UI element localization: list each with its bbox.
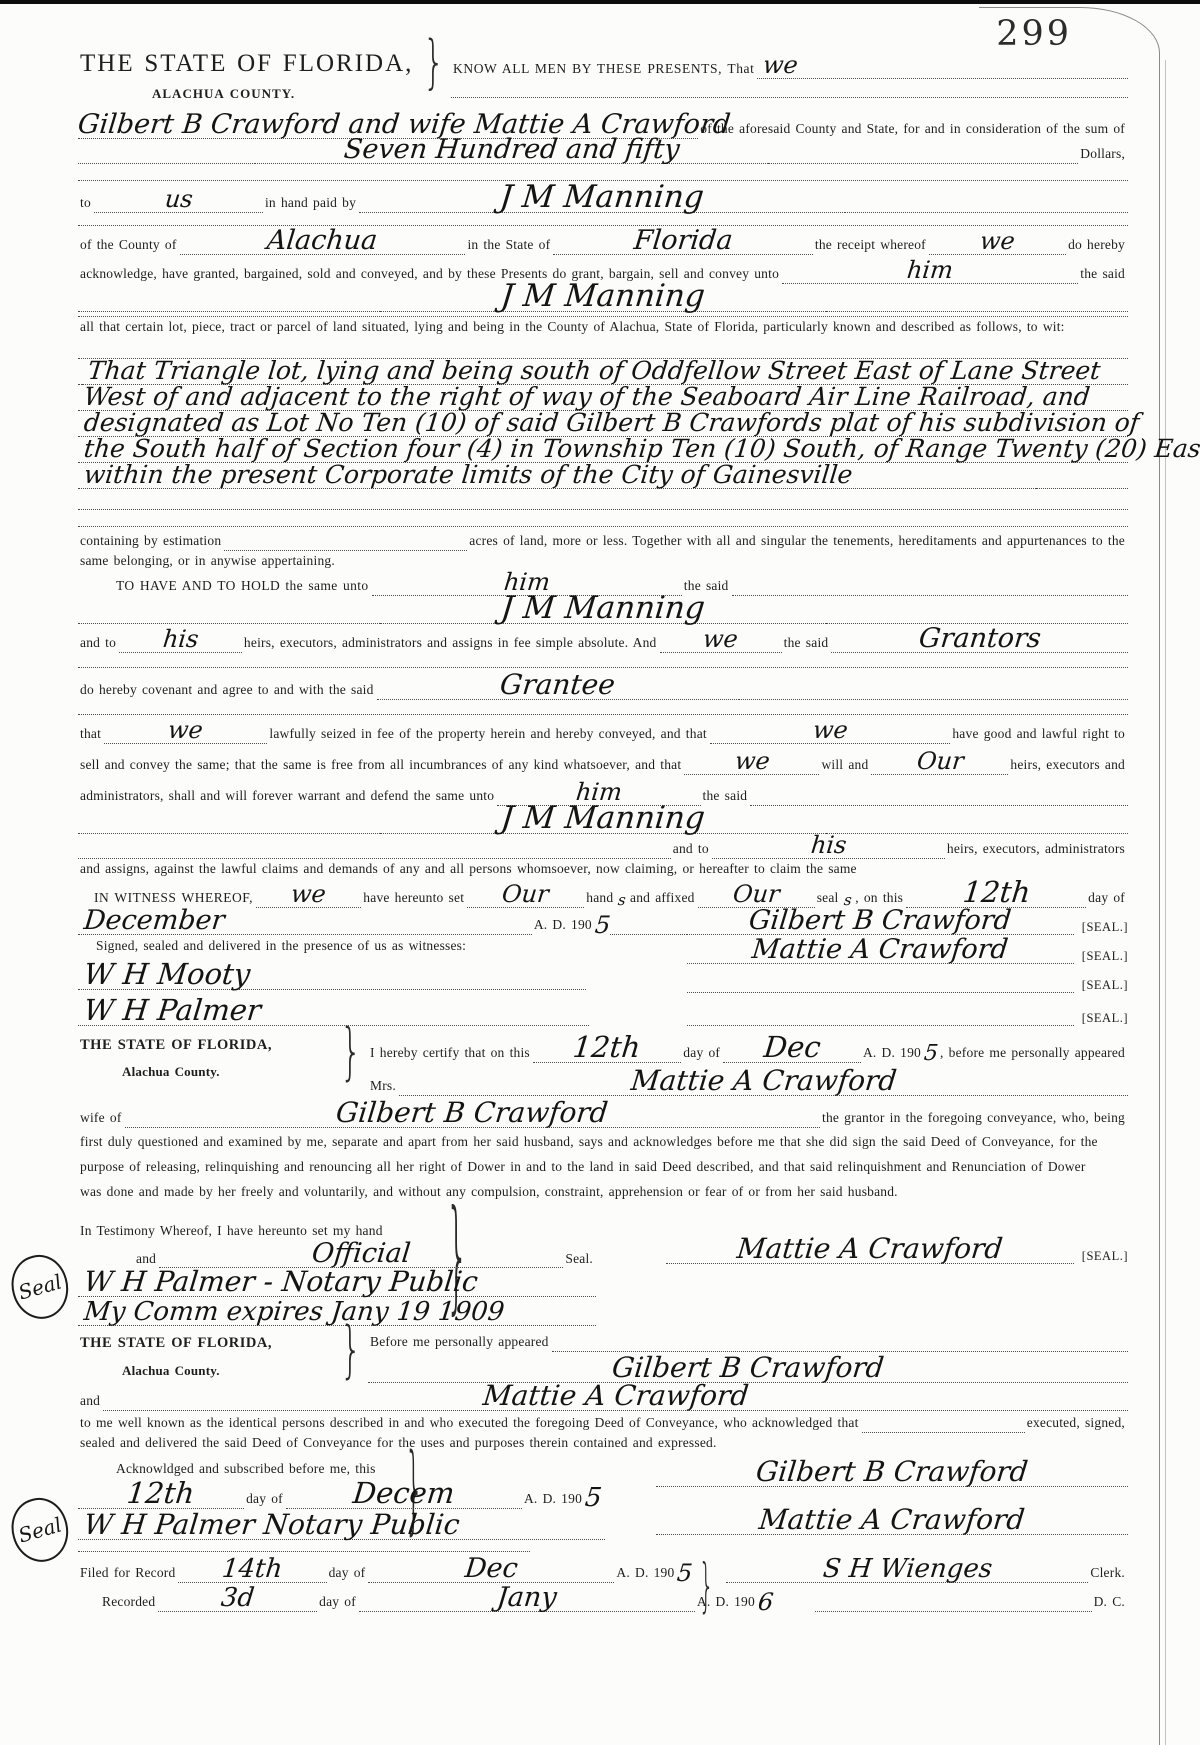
- dotted-rule: [78, 621, 380, 624]
- handwritten-entry: Grantee: [499, 674, 616, 696]
- printed-text: was done and made by her freely and volu…: [78, 1184, 901, 1202]
- handwritten-on-rule: J M Manning: [380, 806, 826, 834]
- form-line: purpose of releasing, relinquishing and …: [78, 1159, 1128, 1177]
- handwritten-on-rule: 3d: [158, 1588, 317, 1612]
- dotted-rule: [687, 990, 1074, 993]
- form-line: KNOW ALL MEN BY THESE PRESENTS, Thatwe: [451, 56, 1128, 79]
- form-line: within the present Corporate limits of t…: [78, 465, 1128, 489]
- printed-text: day of: [1086, 890, 1128, 908]
- form-line: }: [340, 1040, 368, 1067]
- form-section: andMattie A Crawfordto me well known as …: [78, 1385, 1128, 1453]
- dotted-rule: [78, 856, 671, 859]
- handwritten-on-rule: Mattie A Crawford: [687, 939, 1074, 964]
- dotted-rule: [78, 831, 380, 834]
- handwritten-entry: Our: [501, 885, 550, 904]
- printed-text: the receipt whereof: [813, 237, 929, 255]
- printed-text: day of: [681, 1045, 723, 1063]
- form-line: }: [340, 1338, 368, 1365]
- handwritten-on-rule: My Comm expires Jany 19 1909: [78, 1302, 596, 1326]
- form-line: same belonging, or in anywise appertaini…: [78, 553, 1128, 571]
- printed-text: lawfully seized in fee of the property h…: [267, 726, 709, 744]
- handwritten-on-rule: Our: [467, 885, 584, 908]
- handwritten-entry: Our: [732, 885, 781, 904]
- notary-seal-stamp: Seal: [4, 1492, 75, 1569]
- form-line: SealW H Palmer Notary Public: [78, 1514, 656, 1540]
- handwritten-on-rule: 14th: [178, 1559, 326, 1583]
- form-section-columns: THE STATE OF FLORIDA,Alachua County.}I h…: [78, 1036, 1128, 1096]
- handwritten-entry: W H Palmer: [83, 999, 262, 1022]
- handwritten-on-rule: him: [782, 261, 1078, 284]
- handwritten-on-rule: we: [757, 56, 1128, 79]
- form-line: Mattie A Crawford[SEAL.]: [666, 1238, 1128, 1264]
- form-column: }: [340, 1334, 368, 1365]
- handwritten-entry: W H Palmer - Notary Public: [83, 1271, 479, 1293]
- form-line: ALACHUA COUNTY.: [78, 86, 423, 103]
- handwritten-on-rule: us: [94, 190, 263, 213]
- handwritten-entry: Alachua: [266, 230, 379, 252]
- handwritten-entry: Gilbert B Crawford: [748, 910, 1012, 932]
- printed-text: and to: [671, 841, 712, 859]
- printed-text: all that certain lot, piece, tract or pa…: [78, 319, 1068, 337]
- form-line: Mrs.Mattie A Crawford: [368, 1070, 1128, 1096]
- form-line: Seven Hundred and fiftyDollars,: [78, 139, 1128, 164]
- seal-label: [SEAL.]: [1074, 920, 1128, 935]
- form-column: THE STATE OF FLORIDA,Alachua County.: [78, 1036, 340, 1081]
- handwritten-on-rule: we: [660, 630, 782, 653]
- handwritten-entry: we: [733, 752, 770, 771]
- handwritten-entry: 6: [757, 1593, 774, 1612]
- printed-text: to: [78, 195, 94, 213]
- form-section: thatwelawfully seized in fee of the prop…: [78, 721, 1128, 908]
- form-line: [451, 95, 1128, 98]
- printed-text: Mrs.: [368, 1078, 399, 1096]
- form-section-columns: THE STATE OF FLORIDA,ALACHUA COUNTY.}KNO…: [78, 48, 1128, 104]
- form-line: [78, 314, 1128, 317]
- form-column: Acknowldged and subscribed before me, th…: [78, 1455, 656, 1552]
- handwritten-on-rule: Seven Hundred and fifty: [255, 139, 768, 164]
- handwritten-entry: J M Manning: [500, 596, 706, 621]
- printed-text: Seal.: [563, 1251, 596, 1269]
- handwritten-entry: December: [83, 910, 226, 932]
- form-line: all that certain lot, piece, tract or pa…: [78, 319, 1128, 337]
- dotted-rule: [78, 309, 380, 312]
- printed-text: A. D. 190: [522, 1491, 585, 1509]
- printed-text: Dollars,: [1078, 146, 1128, 164]
- form-line: W H Palmer: [78, 999, 687, 1026]
- form-column: Gilbert B CrawfordMattie A Crawford: [656, 1455, 1129, 1535]
- form-column: }: [423, 48, 451, 77]
- handwritten-entry: 12th: [572, 1036, 642, 1059]
- form-line: [78, 712, 1128, 715]
- handwritten-entry: 5: [923, 1045, 939, 1063]
- dotted-rule: [78, 161, 255, 164]
- form-column: KNOW ALL MEN BY THESE PRESENTS, Thatwe: [451, 48, 1128, 98]
- handwritten-on-rule: Dec: [723, 1036, 861, 1063]
- form-line: [78, 223, 1128, 226]
- handwritten-on-rule: W H Palmer: [78, 999, 589, 1026]
- printed-text: A. D. 190: [695, 1594, 758, 1612]
- handwritten-on-rule: Gilbert B Crawford: [687, 910, 1074, 935]
- printed-text: heirs, executors, administrators and ass…: [242, 635, 660, 653]
- dotted-rule: [826, 309, 1128, 312]
- handwritten-entry: s: [618, 893, 627, 908]
- handwritten-entry: the South half of Section four (4) in To…: [83, 439, 1200, 459]
- form-line: and tohisheirs, executors, administrator…: [78, 628, 1128, 653]
- printed-text: day of: [317, 1594, 359, 1612]
- printed-text: of the aforesaid County and State, for a…: [698, 121, 1128, 139]
- form-line: DecemberA. D. 1905: [78, 910, 687, 935]
- handwritten-entry: Decem: [352, 1482, 456, 1505]
- handwritten-on-rule: we: [256, 885, 361, 908]
- handwritten-on-rule: Decem: [286, 1482, 522, 1509]
- handwritten-entry: My Comm expires Jany 19 1909: [83, 1302, 505, 1323]
- form-line: J M Manning: [78, 284, 1128, 312]
- dotted-rule: [739, 697, 1128, 700]
- handwritten-on-rule: 12th: [78, 1482, 244, 1509]
- handwritten-entry: we: [702, 630, 739, 649]
- form-line: sell and convey the same; that the same …: [78, 752, 1128, 775]
- form-section-columns: THE STATE OF FLORIDA,Alachua County.}Bef…: [78, 1334, 1128, 1383]
- handwritten-entry: 3d: [220, 1588, 255, 1609]
- printed-text: day of: [327, 1565, 369, 1583]
- printed-text: sealed and delivered the said Deed of Co…: [78, 1435, 720, 1453]
- handwritten-entry: S H Wienges: [822, 1559, 993, 1580]
- printed-text: I hereby certify that on this: [368, 1045, 533, 1063]
- handwritten-on-rule: W H Palmer Notary Public: [78, 1514, 605, 1540]
- printed-text: heirs, executors, administrators: [945, 841, 1128, 859]
- printed-text: day of: [244, 1491, 286, 1509]
- form-line: Alachua County.: [78, 1363, 340, 1380]
- dotted-rule: [78, 712, 1128, 715]
- handwritten-on-rule: December: [78, 910, 532, 935]
- handwritten-entry: we: [812, 721, 849, 740]
- printed-text: purpose of releasing, relinquishing and …: [78, 1159, 1089, 1177]
- printed-text: Clerk.: [1088, 1565, 1128, 1583]
- form-section: That Triangle lot, lying and being south…: [78, 356, 1128, 527]
- handwritten-entry: W H Mooty: [83, 963, 252, 986]
- form-line: Alachua County.: [78, 1064, 340, 1081]
- form-line: THE STATE OF FLORIDA,: [78, 1334, 340, 1353]
- form-line: [SEAL.]: [687, 1011, 1128, 1026]
- printed-text: Signed, sealed and delivered in the pres…: [94, 938, 469, 956]
- handwritten-on-rule: we: [684, 752, 819, 775]
- printed-text: executed, signed,: [1025, 1415, 1128, 1433]
- handwritten-entry: 5: [584, 1488, 603, 1509]
- printed-text: THE STATE OF FLORIDA,: [78, 1334, 275, 1353]
- handwritten-on-rule: we: [104, 721, 267, 744]
- page-right-rule-light: [1165, 60, 1166, 1745]
- form-line: tousin hand paid byJ M Manning: [78, 185, 1128, 213]
- printed-text: THE STATE OF FLORIDA,: [78, 1036, 275, 1055]
- handwritten-entry: Grantors: [918, 628, 1042, 650]
- handwritten-on-rule: Alachua: [180, 230, 466, 255]
- dotted-rule: [826, 831, 1128, 834]
- printed-text: THE STATE OF FLORIDA,: [78, 48, 416, 80]
- handwritten-entry: we: [979, 232, 1016, 251]
- form-line: Gilbert B Crawford[SEAL.]: [687, 910, 1128, 935]
- form-column: THE STATE OF FLORIDA,Alachua County.: [78, 1334, 340, 1379]
- handwritten-on-rule: his: [119, 630, 242, 653]
- seal-label: [SEAL.]: [1074, 1249, 1128, 1264]
- printed-text: and assigns, against the lawful claims a…: [78, 861, 860, 879]
- handwritten-entry: 12th: [961, 881, 1031, 904]
- handwritten-entry: Gilbert B Crawford: [335, 1102, 609, 1124]
- handwritten-entry: Mattie A Crawford: [751, 939, 1009, 961]
- printed-text: containing by estimation: [78, 533, 224, 551]
- printed-text: first duly questioned and examined by me…: [78, 1134, 1101, 1152]
- form-line: W H Mooty: [78, 963, 687, 990]
- handwritten-entry: Mattie A Crawford: [482, 1385, 750, 1407]
- form-line: andMattie A Crawford: [78, 1385, 1128, 1411]
- dotted-rule: [1036, 486, 1128, 489]
- deed-record-page: 299 THE STATE OF FLORIDA,ALACHUA COUNTY.…: [0, 0, 1200, 1745]
- handwritten-entry: we: [290, 885, 327, 904]
- form-line: [78, 1549, 656, 1552]
- handwritten-entry: him: [906, 261, 954, 280]
- handwritten-on-rule: Jany: [359, 1587, 695, 1612]
- printed-text: TO HAVE AND TO HOLD the same unto: [114, 578, 372, 596]
- page-top-edge: [0, 0, 1200, 4]
- printed-text: same belonging, or in anywise appertaini…: [78, 553, 338, 571]
- handwritten-entry: That Triangle lot, lying and being south…: [87, 361, 1101, 381]
- printed-text: KNOW ALL MEN BY THESE PRESENTS, That: [451, 61, 757, 79]
- handwritten-on-rule: Florida: [553, 230, 813, 255]
- form-line: wife ofGilbert B Crawfordthe grantor in …: [78, 1102, 1128, 1128]
- printed-text: A. D. 190: [861, 1045, 924, 1063]
- seal-label: [SEAL.]: [1074, 949, 1128, 964]
- form-line: first duly questioned and examined by me…: [78, 1134, 1128, 1152]
- form-line: IN WITNESS WHEREOF,wehave hereunto setOu…: [78, 881, 1128, 908]
- form-line: Signed, sealed and delivered in the pres…: [78, 938, 687, 956]
- printed-text: Filed for Record: [78, 1565, 178, 1583]
- form-line: }: [423, 50, 451, 77]
- handwritten-on-rule: W H Mooty: [78, 963, 586, 990]
- handwritten-on-rule: Grantors: [831, 628, 1128, 653]
- handwritten-entry: 5: [676, 1564, 693, 1583]
- printed-text: ALACHUA COUNTY.: [150, 86, 298, 103]
- brace-glyph: }: [340, 1328, 362, 1377]
- form-line: Filed for Record14thday ofDecA. D. 1905}…: [78, 1558, 1128, 1583]
- dotted-rule: [610, 932, 687, 935]
- handwritten-entry: J M Manning: [499, 185, 705, 210]
- printed-text: in the State of: [465, 237, 553, 255]
- form-section-columns: Acknowldged and subscribed before me, th…: [78, 1455, 1128, 1552]
- printed-text: heirs, executors and: [1008, 757, 1128, 775]
- handwritten-on-rule: within the present Corporate limits of t…: [78, 465, 1036, 489]
- form-line: [78, 507, 1128, 510]
- printed-text: hand: [584, 890, 616, 908]
- form-line: do hereby covenant and agree to and with…: [78, 674, 1128, 700]
- printed-text: to me well known as the identical person…: [78, 1415, 862, 1433]
- printed-text: Alachua County.: [120, 1064, 223, 1081]
- form-line: [SEAL.]: [687, 978, 1128, 993]
- form-column: Mattie A Crawford[SEAL.]: [666, 1212, 1128, 1264]
- form-column: Before me personally appearedGilbert B C…: [368, 1334, 1128, 1383]
- printed-text: acres of land, more or less. Together wi…: [467, 533, 1128, 551]
- handwritten-on-rule: we: [929, 232, 1066, 255]
- form-line: Recorded3dday ofJanyA. D. 1906D. C.: [78, 1587, 1128, 1612]
- dotted-rule: [451, 95, 1128, 98]
- handwritten-entry: 5: [594, 916, 611, 935]
- printed-text: , before me personally appeared: [938, 1045, 1128, 1063]
- printed-text: Alachua County.: [120, 1363, 223, 1380]
- handwritten-entry: within the present Corporate limits of t…: [83, 465, 854, 485]
- handwritten-entry: Mattie A Crawford: [630, 1070, 898, 1092]
- printed-text: wife of: [78, 1110, 125, 1128]
- printed-text: A. D. 190: [532, 917, 595, 935]
- handwritten-entry: Official: [311, 1243, 412, 1265]
- handwritten-entry: West of and adjacent to the right of way…: [83, 387, 1091, 407]
- printed-text: the said: [782, 635, 832, 653]
- printed-text: and to: [78, 635, 119, 653]
- form-line: and tohisheirs, executors, administrator…: [78, 836, 1128, 859]
- handwritten-entry: us: [164, 190, 194, 209]
- dotted-rule: [78, 223, 1128, 226]
- form-column: DecemberA. D. 1905Signed, sealed and del…: [78, 910, 687, 1026]
- handwritten-on-rule: Mattie A Crawford: [656, 1509, 1129, 1535]
- handwritten-entry: we: [762, 56, 799, 75]
- handwritten-on-rule: his: [712, 836, 945, 859]
- printed-text: Before me personally appeared: [368, 1334, 552, 1352]
- form-section: Filed for Record14thday ofDecA. D. 1905}…: [78, 1558, 1128, 1612]
- printed-text: administrators, shall and will forever w…: [78, 788, 497, 806]
- handwritten-entry: Seven Hundred and fifty: [343, 139, 681, 161]
- handwritten-entry: Gilbert B Crawford: [611, 1357, 885, 1379]
- form-line: My Comm expires Jany 19 1909: [78, 1302, 666, 1326]
- handwritten-entry: Dec: [464, 1558, 519, 1580]
- dotted-rule: [78, 524, 1128, 527]
- handwritten-on-rule: Gilbert B Crawford: [125, 1102, 821, 1128]
- form-column: In Testimony Whereof, I have hereunto se…: [78, 1212, 666, 1327]
- handwritten-on-rule: Dec: [368, 1558, 614, 1583]
- handwritten-entry: Florida: [633, 230, 734, 252]
- dotted-rule: [78, 1549, 530, 1552]
- handwritten-on-rule: Our: [871, 752, 1008, 775]
- form-line: 12thday ofDecemA. D. 1905: [78, 1482, 656, 1509]
- deed-form: THE STATE OF FLORIDA,ALACHUA COUNTY.}KNO…: [78, 48, 1128, 1612]
- printed-text: and affixed: [628, 890, 698, 908]
- printed-text: in hand paid by: [263, 195, 359, 213]
- form-line: Mattie A Crawford: [656, 1509, 1129, 1535]
- form-line: Gilbert B Crawford: [656, 1461, 1129, 1487]
- dotted-rule: [224, 548, 467, 551]
- form-column: THE STATE OF FLORIDA,ALACHUA COUNTY.: [78, 48, 423, 104]
- handwritten-on-rule: Grantee: [377, 674, 739, 700]
- printed-text: that: [78, 726, 104, 744]
- form-line: Mattie A Crawford[SEAL.]: [687, 939, 1128, 964]
- form-line: SealW H Palmer - Notary Public: [78, 1271, 666, 1297]
- handwritten-entry: Mattie A Crawford: [758, 1509, 1026, 1531]
- dotted-rule: [845, 210, 1128, 213]
- form-line: THE STATE OF FLORIDA,: [78, 48, 423, 80]
- printed-text: the said: [701, 788, 751, 806]
- form-section-columns: In Testimony Whereof, I have hereunto se…: [78, 1212, 1128, 1327]
- printed-text: of the County of: [78, 237, 180, 255]
- seal-label: [SEAL.]: [1074, 1011, 1128, 1026]
- form-line: containing by estimationacres of land, m…: [78, 533, 1128, 551]
- printed-text: Recorded: [100, 1594, 158, 1612]
- handwritten-on-rule: Mattie A Crawford: [666, 1238, 1074, 1264]
- form-section: wife ofGilbert B Crawfordthe grantor in …: [78, 1102, 1128, 1202]
- handwritten-entry: J M Manning: [500, 284, 706, 309]
- printed-text: do hereby: [1066, 237, 1128, 255]
- dotted-rule: [78, 314, 1128, 317]
- form-line: J M Manning: [78, 806, 1128, 834]
- printed-text: A. D. 190: [614, 1565, 677, 1583]
- form-line: thatwelawfully seized in fee of the prop…: [78, 721, 1128, 744]
- handwritten-on-rule: we: [710, 721, 951, 744]
- notary-seal-stamp: Seal: [4, 1249, 75, 1326]
- handwritten-on-rule: J M Manning: [380, 284, 826, 312]
- printed-text: D. C.: [1092, 1594, 1128, 1612]
- dotted-rule: [768, 161, 1078, 164]
- printed-text: and: [78, 1393, 103, 1411]
- printed-text: the grantor in the foregoing conveyance,…: [820, 1110, 1128, 1128]
- handwritten-on-rule: J M Manning: [380, 596, 826, 624]
- dotted-rule: [815, 1609, 1091, 1612]
- handwritten-on-rule: Mattie A Crawford: [103, 1385, 1128, 1411]
- handwritten-entry: Mattie A Crawford: [736, 1238, 1004, 1260]
- printed-text: do hereby covenant and agree to and with…: [78, 682, 377, 700]
- handwritten-on-rule: S H Wienges: [726, 1559, 1088, 1583]
- handwritten-entry: W H Palmer Notary Public: [83, 1514, 461, 1536]
- form-line: sealed and delivered the said Deed of Co…: [78, 1435, 1128, 1453]
- handwritten-on-rule: W H Palmer - Notary Public: [78, 1271, 596, 1297]
- handwritten-entry: 14th: [221, 1559, 283, 1580]
- form-line: was done and made by her freely and volu…: [78, 1184, 1128, 1202]
- handwritten-entry: Gilbert B Crawford and wife Mattie A Cra…: [77, 114, 732, 136]
- printed-text: will and: [819, 757, 871, 775]
- form-line: [78, 524, 1128, 527]
- handwritten-entry: we: [167, 721, 204, 740]
- form-line: I hereby certify that on this12thday ofD…: [368, 1036, 1128, 1063]
- form-section: containing by estimationacres of land, m…: [78, 533, 1128, 715]
- brace-glyph: }: [423, 40, 445, 86]
- brace-glyph: }: [340, 1029, 362, 1078]
- handwritten-on-rule: Gilbert B Crawford: [656, 1461, 1129, 1487]
- printed-text: sell and convey the same; that the same …: [78, 757, 684, 775]
- handwritten-entry: his: [162, 630, 199, 649]
- form-line: to me well known as the identical person…: [78, 1415, 1128, 1433]
- handwritten-on-rule: 12th: [533, 1036, 681, 1063]
- form-line: J M Manning: [78, 596, 1128, 624]
- form-line: of the County ofAlachuain the State ofFl…: [78, 230, 1128, 255]
- handwritten-entry: J M Manning: [500, 806, 706, 831]
- printed-text: have good and lawful right to: [950, 726, 1128, 744]
- handwritten-entry: Jany: [496, 1587, 558, 1609]
- handwritten-entry: Our: [916, 752, 965, 771]
- form-line: Before me personally appeared: [368, 1334, 1128, 1352]
- handwritten-on-rule: Mattie A Crawford: [399, 1070, 1128, 1096]
- handwritten-entry: Dec: [762, 1036, 821, 1059]
- printed-text: the said: [1078, 266, 1128, 284]
- handwritten-entry: 12th: [126, 1482, 196, 1505]
- handwritten-on-rule: J M Manning: [359, 185, 845, 213]
- form-column: Gilbert B Crawford[SEAL.]Mattie A Crawfo…: [687, 910, 1128, 1026]
- form-line: THE STATE OF FLORIDA,: [78, 1036, 340, 1055]
- form-line: In Testimony Whereof, I have hereunto se…: [78, 1212, 666, 1241]
- form-column: I hereby certify that on this12thday ofD…: [368, 1036, 1128, 1096]
- dotted-rule: [862, 1430, 1025, 1433]
- form-section: Gilbert B Crawford and wife Mattie A Cra…: [78, 114, 1128, 337]
- form-column: }: [340, 1036, 368, 1067]
- handwritten-entry: designated as Lot No Ten (10) of said Gi…: [83, 413, 1140, 433]
- page-right-rule: [1159, 54, 1161, 1745]
- printed-text: have hereunto set: [361, 890, 467, 908]
- seal-label: [SEAL.]: [1074, 978, 1128, 993]
- handwritten-entry: his: [810, 836, 847, 855]
- dotted-rule: [78, 507, 1128, 510]
